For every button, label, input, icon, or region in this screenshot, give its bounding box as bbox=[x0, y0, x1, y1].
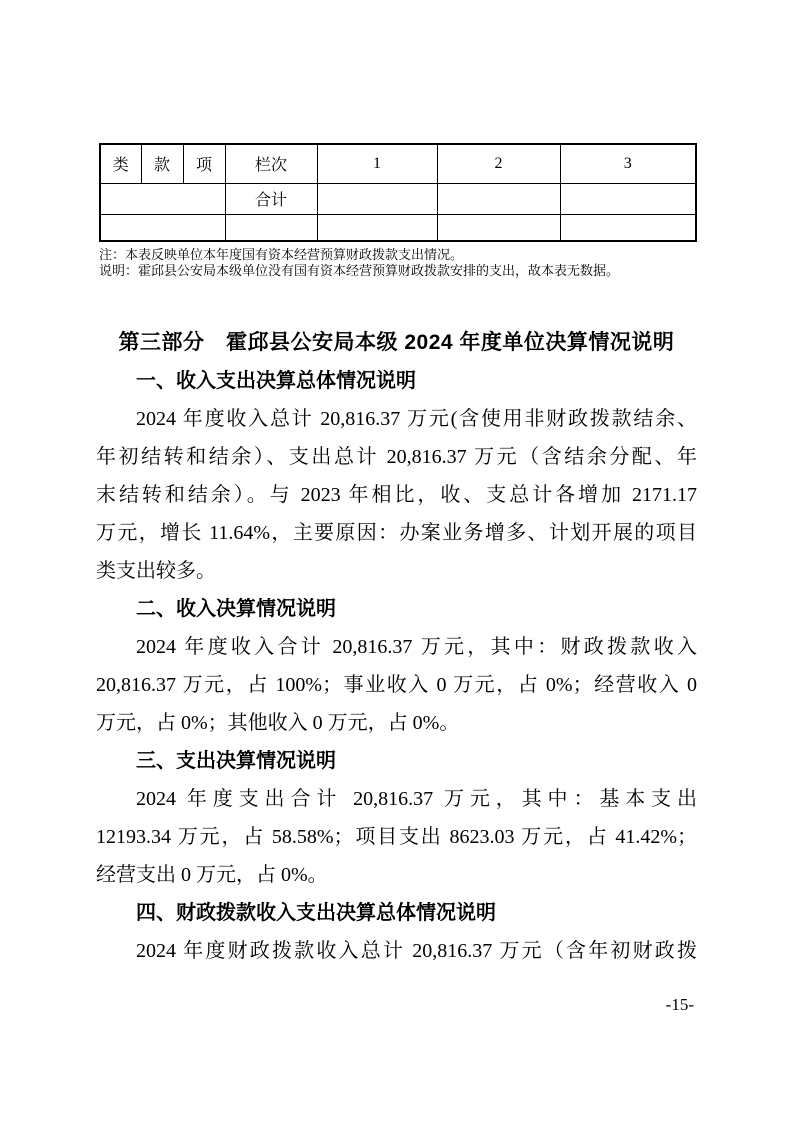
table-cell bbox=[437, 214, 560, 241]
table-cell bbox=[560, 183, 696, 214]
body-line: 2024 年度收入总计 20,816.37 万元(含使用非财政拨款结余、 bbox=[96, 400, 697, 438]
table-row bbox=[100, 214, 696, 241]
page-number: -15- bbox=[666, 995, 694, 1015]
body-line: 万元，增长 11.64%，主要原因：办案业务增多、计划开展的项目 bbox=[96, 514, 697, 552]
section-heading: 一、收入支出决算总体情况说明 bbox=[96, 362, 697, 400]
table-cell-total-label: 合计 bbox=[225, 183, 317, 214]
body-line: 2024 年度支出合计 20,816.37 万元，其中：基本支出 bbox=[96, 780, 697, 818]
table-cell bbox=[437, 183, 560, 214]
section-heading: 二、收入决算情况说明 bbox=[96, 590, 697, 628]
table-cell-merged bbox=[100, 214, 225, 241]
col-header-subitem: 项 bbox=[183, 144, 225, 183]
body-line: 2024 年度财政拨款收入总计 20,816.37 万元（含年初财政拨 bbox=[96, 932, 697, 970]
state-capital-budget-table: 类 款 项 栏次 1 2 3 合计 bbox=[99, 143, 697, 242]
body-line: 类支出较多。 bbox=[96, 552, 697, 590]
col-header-column-label: 栏次 bbox=[225, 144, 317, 183]
table-row: 合计 bbox=[100, 183, 696, 214]
col-header-category: 类 bbox=[100, 144, 141, 183]
body-line: 2024 年度收入合计 20,816.37 万元，其中：财政拨款收入 bbox=[96, 628, 697, 666]
section-heading: 三、支出决算情况说明 bbox=[96, 742, 697, 780]
body-line: 万元，占 0%；其他收入 0 万元，占 0%。 bbox=[96, 704, 697, 742]
table-note: 注：本表反映单位本年度国有资本经营预算财政拨款支出情况。 bbox=[99, 247, 697, 263]
section-income-expenditure-overview: 一、收入支出决算总体情况说明 2024 年度收入总计 20,816.37 万元(… bbox=[96, 362, 697, 590]
table-notes: 注：本表反映单位本年度国有资本经营预算财政拨款支出情况。 说明：霍邱县公安局本级… bbox=[99, 247, 697, 279]
table-cell bbox=[317, 214, 437, 241]
table-cell bbox=[560, 214, 696, 241]
body-line: 年初结转和结余）、支出总计 20,816.37 万元（含结余分配、年 bbox=[96, 438, 697, 476]
body-line: 20,816.37 万元，占 100%；事业收入 0 万元，占 0%；经营收入 … bbox=[96, 666, 697, 704]
part-three-title: 第三部分 霍邱县公安局本级 2024 年度单位决算情况说明 bbox=[96, 324, 697, 362]
body-line: 经营支出 0 万元，占 0%。 bbox=[96, 856, 697, 894]
table-header-row: 类 款 项 栏次 1 2 3 bbox=[100, 144, 696, 183]
body-line: 12193.34 万元，占 58.58%；项目支出 8623.03 万元，占 4… bbox=[96, 818, 697, 856]
section-income-details: 二、收入决算情况说明 2024 年度收入合计 20,816.37 万元，其中：财… bbox=[96, 590, 697, 742]
body-line: 末结转和结余）。与 2023 年相比，收、支总计各增加 2171.17 bbox=[96, 476, 697, 514]
table-cell bbox=[317, 183, 437, 214]
table-cell-merged bbox=[100, 183, 225, 214]
col-header-2: 2 bbox=[437, 144, 560, 183]
section-expenditure-details: 三、支出决算情况说明 2024 年度支出合计 20,816.37 万元，其中：基… bbox=[96, 742, 697, 894]
col-header-1: 1 bbox=[317, 144, 437, 183]
section-fiscal-appropriation-overview: 四、财政拨款收入支出决算总体情况说明 2024 年度财政拨款收入总计 20,81… bbox=[96, 894, 697, 970]
table-cell bbox=[225, 214, 317, 241]
col-header-3: 3 bbox=[560, 144, 696, 183]
section-heading: 四、财政拨款收入支出决算总体情况说明 bbox=[96, 894, 697, 932]
table-explanation-note: 说明：霍邱县公安局本级单位没有国有资本经营预算财政拨款安排的支出，故本表无数据。 bbox=[99, 263, 697, 279]
col-header-item: 款 bbox=[141, 144, 183, 183]
document-page: 类 款 项 栏次 1 2 3 合计 注：本表反映单位本年度国有资本经营预算财政拨… bbox=[0, 0, 793, 1122]
